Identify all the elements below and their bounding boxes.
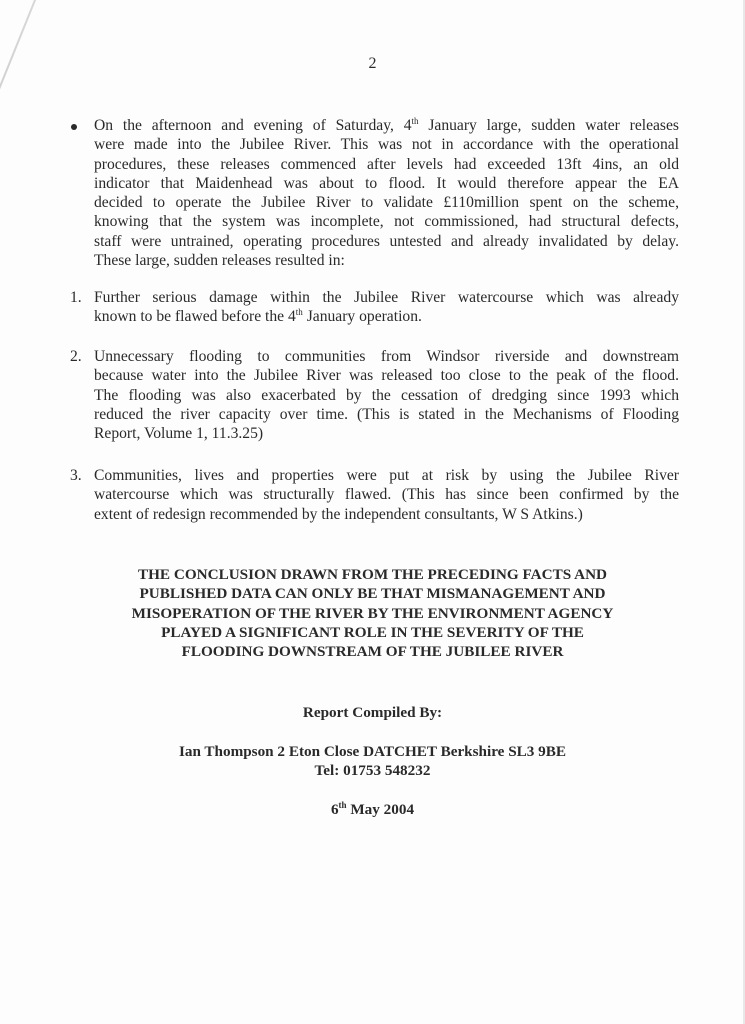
compiled-by-label: Report Compiled By: [0,703,745,722]
text-line: indicator that Maidenhead was about to f… [94,174,679,193]
list-marker: 2. [70,347,82,366]
conclusion-line: MISOPERATION OF THE RIVER BY THE ENVIRON… [0,604,745,623]
numbered-item-1: 1. Further serious damage within the Jub… [94,288,679,327]
numbered-item-3: 3. Communities, lives and properties wer… [94,466,679,524]
text-line: because water into the Jubilee River was… [94,366,679,385]
numbered-item-2: 2. Unnecessary flooding to communities f… [94,347,679,443]
report-date: 6th May 2004 [0,800,745,819]
text-line: Unnecessary flooding to communities from… [94,347,679,366]
text-line: Report, Volume 1, 11.3.25) [94,424,679,443]
numbered-item-text: Communities, lives and properties were p… [94,466,679,524]
bullet-paragraph-text: On the afternoon and evening of Saturday… [94,116,679,270]
conclusion-statement: THE CONCLUSION DRAWN FROM THE PRECEDING … [0,565,745,661]
numbered-item-text: Unnecessary flooding to communities from… [94,347,679,443]
text-line: The flooding was also exacerbated by the… [94,386,679,405]
bullet-icon [71,124,77,130]
text-line: decided to operate the Jubilee River to … [94,193,679,212]
conclusion-line: PLAYED A SIGNIFICANT ROLE IN THE SEVERIT… [0,623,745,642]
text-line: staff were untrained, operating procedur… [94,232,679,251]
list-marker: 1. [70,288,82,307]
text-line: known to be flawed before the 4th Januar… [94,307,679,326]
text-line: On the afternoon and evening of Saturday… [94,116,679,135]
author-telephone: Tel: 01753 548232 [0,761,745,780]
text-line: Communities, lives and properties were p… [94,466,679,485]
text-line: reduced the river capacity over time. (T… [94,405,679,424]
text-line: Further serious damage within the Jubile… [94,288,679,307]
page-number: 2 [0,54,745,74]
text-line: watercourse which was structurally flawe… [94,485,679,504]
author-address: Ian Thompson 2 Eton Close DATCHET Berksh… [0,742,745,761]
text-line: procedures, these releases commenced aft… [94,155,679,174]
conclusion-line: THE CONCLUSION DRAWN FROM THE PRECEDING … [0,565,745,584]
conclusion-line: PUBLISHED DATA CAN ONLY BE THAT MISMANAG… [0,584,745,603]
bullet-paragraph: On the afternoon and evening of Saturday… [94,116,679,270]
text-line: extent of redesign recommended by the in… [94,505,679,524]
text-line: knowing that the system was incomplete, … [94,212,679,231]
numbered-item-text: Further serious damage within the Jubile… [94,288,679,327]
document-page: 2 On the afternoon and evening of Saturd… [0,0,745,1024]
text-line: These large, sudden releases resulted in… [94,251,679,270]
conclusion-line: FLOODING DOWNSTREAM OF THE JUBILEE RIVER [0,642,745,661]
list-marker: 3. [70,466,82,485]
text-line: were made into the Jubilee River. This w… [94,135,679,154]
